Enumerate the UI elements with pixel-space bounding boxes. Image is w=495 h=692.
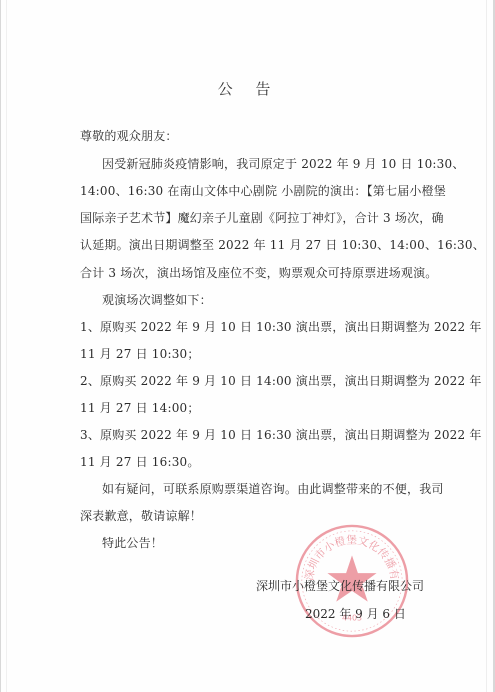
paragraph-line: 认延期。演出日期调整至 2022 年 11 月 27 日 10:30、14:00… <box>80 236 485 253</box>
schedule-item-line: 11 月 27 日 10:30； <box>80 345 200 362</box>
page-edge-right <box>486 0 487 692</box>
schedule-item-line: 11 月 27 日 16:30。 <box>80 453 200 470</box>
signature-date: 2022 年 9 月 6 日 <box>305 605 406 622</box>
contact-paragraph-line: 深表歉意，敬请谅解！ <box>80 507 202 524</box>
schedule-item-line: 11 月 27 日 14:00； <box>80 399 200 416</box>
document-page: 公 告 尊敬的观众朋友： 因受新冠肺炎疫情影响，我司原定于 2022 年 9 月… <box>0 0 495 692</box>
signature-company: 深圳市小橙堡文化传播有限公司 <box>256 577 424 594</box>
schedule-item-line: 3、原购买 2022 年 9 月 10 日 16:30 演出票，演出日期调整为 … <box>80 426 482 443</box>
contact-paragraph-line: 如有疑问，可联系原购票渠道咨询。由此调整带来的不便，我司 <box>102 480 444 497</box>
salutation: 尊敬的观众朋友： <box>80 127 178 144</box>
paragraph-line: 因受新冠肺炎疫情影响，我司原定于 2022 年 9 月 10 日 10:30、 <box>102 155 465 172</box>
schedule-item-line: 1、原购买 2022 年 9 月 10 日 10:30 演出票，演出日期调整为 … <box>80 318 482 335</box>
document-title: 公 告 <box>1 78 495 99</box>
schedule-item-line: 2、原购买 2022 年 9 月 10 日 14:00 演出票，演出日期调整为 … <box>80 372 482 389</box>
paragraph-line: 14:00、16:30 在南山文体中心剧院 小剧院的演出：【第七届小橙堡 <box>80 182 446 199</box>
schedule-intro: 观演场次调整如下： <box>102 291 212 308</box>
paragraph-line: 国际亲子艺术节】魔幻亲子儿童剧《阿拉丁神灯》，合计 3 场次，确 <box>80 209 444 226</box>
paragraph-line: 合计 3 场次，演出场馆及座位不变，购票观众可持原票进场观演。 <box>80 264 437 281</box>
closing-text: 特此公告！ <box>102 534 163 551</box>
svg-text:深圳市小橙堡文化传播有限公司: 深圳市小橙堡文化传播有限公司 <box>293 522 401 582</box>
page-edge-left <box>6 0 7 692</box>
